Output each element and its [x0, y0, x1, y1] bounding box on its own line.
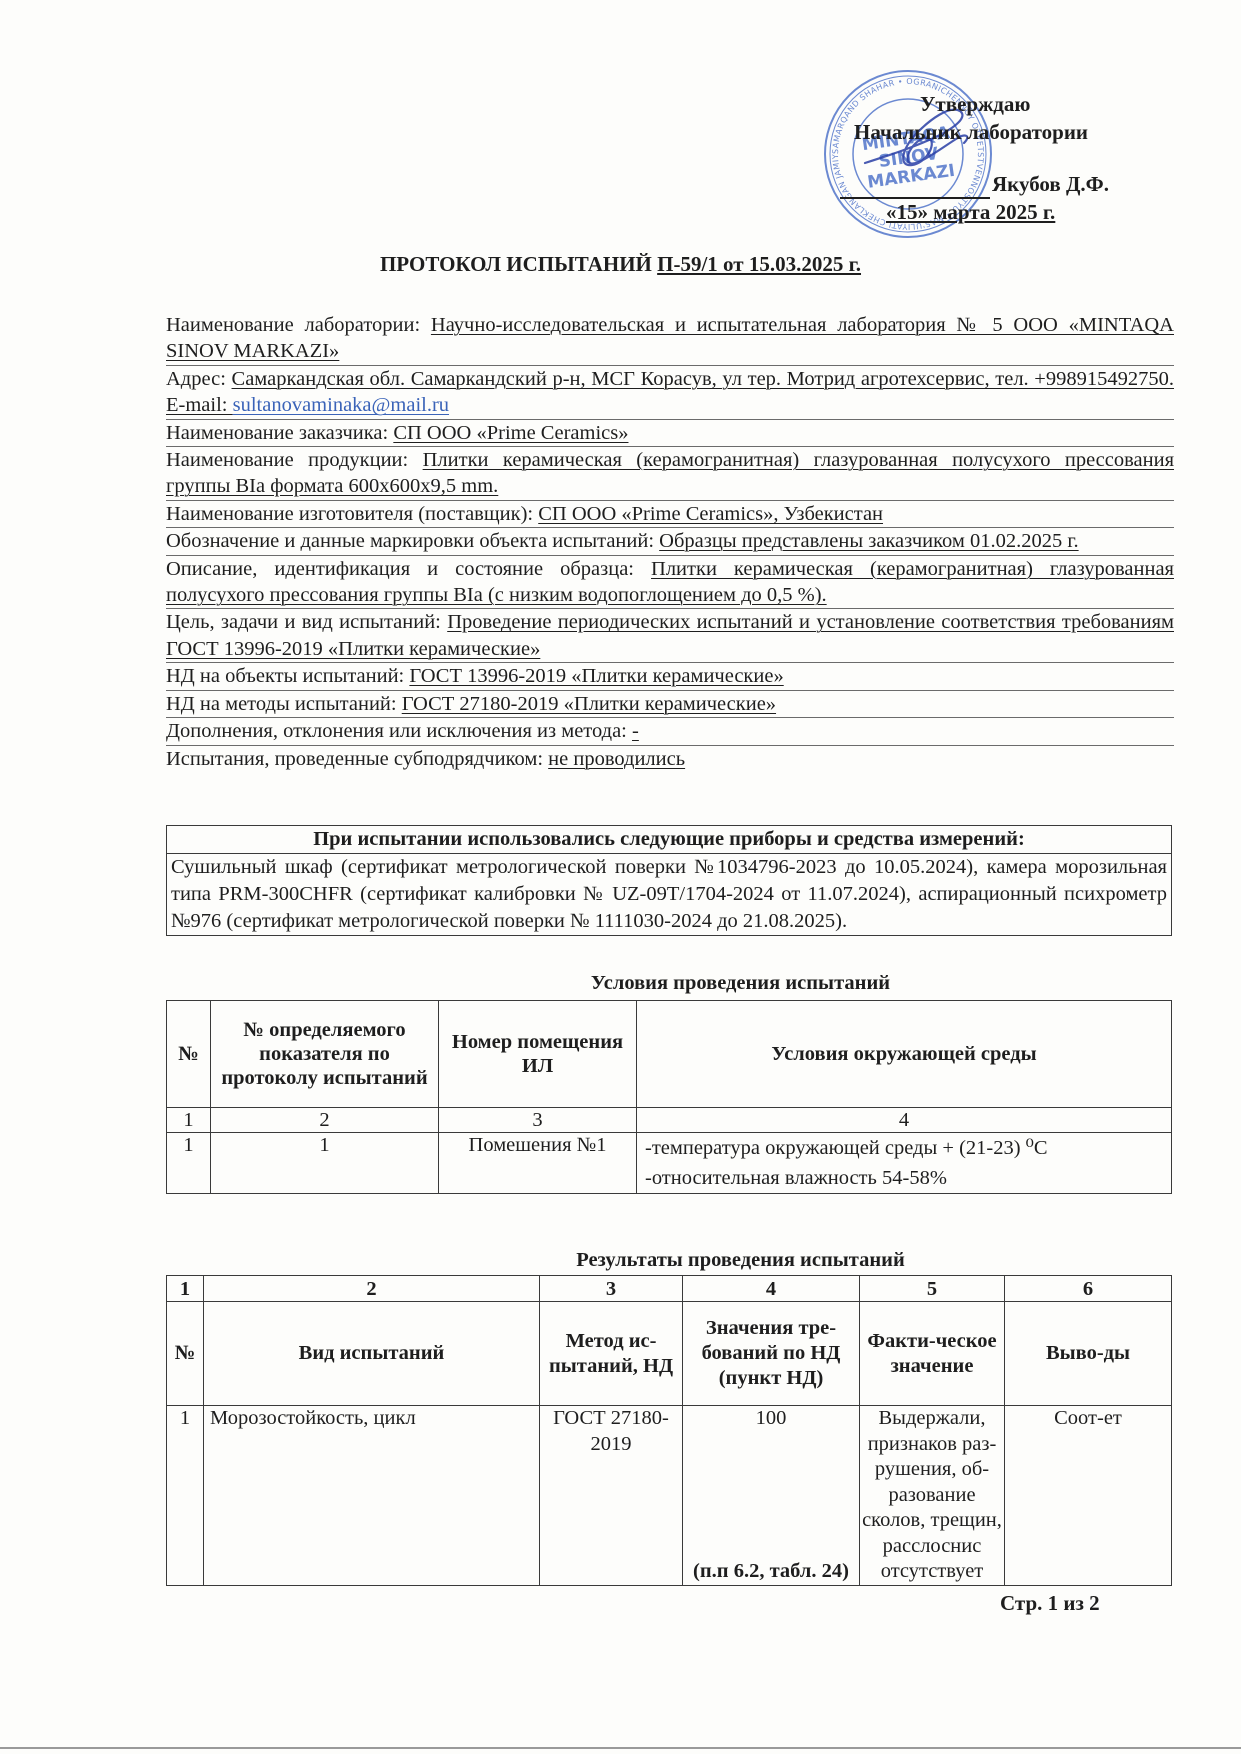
results-column-numbers: 1 2 3 4 5 6 [167, 1276, 1172, 1302]
results-header-row: № Вид испытаний Метод ис-пытаний, НД Зна… [167, 1302, 1172, 1406]
conditions-header-row: № № определяемого показателя по протокол… [167, 1001, 1172, 1108]
field-address: Адрес: Самаркандская обл. Самаркандский … [166, 366, 1174, 420]
approver-position: Начальник лаборатории [854, 118, 1088, 147]
table-row: 1 Морозостойкость, цикл ГОСТ 27180-2019 … [167, 1406, 1172, 1586]
col-header: № определяемого показателя по протоколу … [211, 1001, 439, 1108]
email-link[interactable]: sultanovaminaka@mail.ru [233, 394, 449, 416]
field-subcontractor: Испытания, проведенные субподрядчиком: н… [166, 746, 1174, 772]
signature-blank [840, 173, 990, 199]
field-product: Наименование продукции: Плитки керамичес… [166, 447, 1174, 501]
conditions-title: Условия проведения испытаний [120, 972, 1241, 995]
table-row: 1 1 Помешения №1 -температура окружающей… [167, 1133, 1172, 1194]
field-deviations: Дополнения, отклонения или исключения из… [166, 718, 1174, 745]
col-header: Факти-ческое значение [860, 1302, 1005, 1406]
env-temperature: -температура окружающей среды + (21-23) … [645, 1133, 1168, 1163]
col-header: Номер помещения ИЛ [439, 1001, 637, 1108]
conditions-table: № № определяемого показателя по протокол… [166, 1000, 1172, 1194]
conditions-column-numbers: 1 2 3 4 [167, 1108, 1172, 1133]
field-marking: Обозначение и данные маркировки объекта … [166, 528, 1174, 555]
results-title: Результаты проведения испытаний [120, 1249, 1241, 1272]
col-header: № [167, 1001, 211, 1108]
stamp-line-2: SINOV [877, 144, 940, 172]
protocol-title-prefix: ПРОТОКОЛ ИСПЫТАНИЙ [380, 252, 657, 276]
requirement-clause: (п.п 6.2, табл. 24) [685, 1559, 857, 1585]
approval-date: «15» марта 2025 г. [886, 198, 1055, 227]
field-test-purpose: Цель, задачи и вид испытаний: Проведение… [166, 609, 1174, 663]
protocol-info: Наименование лаборатории: Научно-исследо… [166, 312, 1174, 772]
scan-edge-line [0, 1747, 1241, 1749]
page-number: Стр. 1 из 2 [1000, 1591, 1100, 1616]
approval-heading: Утверждаю [920, 90, 1030, 119]
requirement-value: 100 [683, 1406, 859, 1432]
protocol-number: П-59/1 от 15.03.2025 г. [657, 252, 861, 276]
field-laboratory: Наименование лаборатории: Научно-исследо… [166, 312, 1174, 366]
col-header: Выво-ды [1005, 1302, 1172, 1406]
approver-signature-line: Якубов Д.Ф. [840, 170, 1109, 199]
field-sample-description: Описание, идентификация и состояние обра… [166, 556, 1174, 610]
field-method-standard: НД на методы испытаний: ГОСТ 27180-2019 … [166, 691, 1174, 718]
protocol-title: ПРОТОКОЛ ИСПЫТАНИЙ П-59/1 от 15.03.2025 … [0, 252, 1241, 277]
col-header: Вид испытаний [204, 1302, 540, 1406]
field-manufacturer: Наименование изготовителя (поставщик): С… [166, 501, 1174, 528]
instruments-box: При испытании использовались следующие п… [166, 825, 1172, 936]
field-customer: Наименование заказчика: СП ООО «Prime Ce… [166, 420, 1174, 447]
col-header: № [167, 1302, 204, 1406]
field-object-standard: НД на объекты испытаний: ГОСТ 13996-2019… [166, 663, 1174, 690]
approver-name: Якубов Д.Ф. [992, 172, 1109, 196]
instruments-heading: При испытании использовались следующие п… [167, 826, 1171, 854]
col-header: Значения тре-бований по НД (пункт НД) [683, 1302, 860, 1406]
instruments-list: Сушильный шкаф (сертификат метрологическ… [167, 854, 1171, 935]
results-table: 1 2 3 4 5 6 № Вид испытаний Метод ис-пыт… [166, 1275, 1172, 1586]
env-humidity: -относительная влажность 54-58% [645, 1163, 1168, 1193]
col-header: Метод ис-пытаний, НД [540, 1302, 683, 1406]
col-header: Условия окружающей среды [637, 1001, 1172, 1108]
